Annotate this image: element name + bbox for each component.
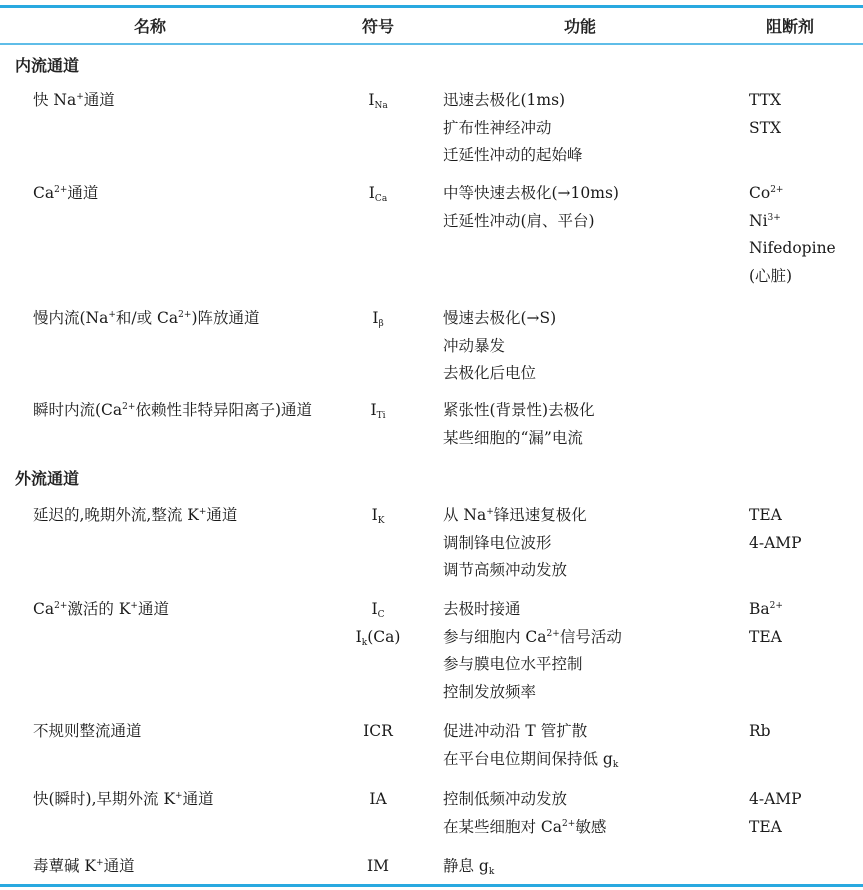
table-top-rule <box>0 5 863 8</box>
channel-name: 延迟的,晚期外流,整流 K+通道 <box>33 502 333 530</box>
header-symbol: 符号 <box>362 14 394 37</box>
channel-symbol: IC Ik(Ca) <box>356 596 401 651</box>
channel-name: Ca2+通道 <box>33 180 333 208</box>
channel-functions: 紧张性(背景性)去极化 某些细胞的“漏”电流 <box>443 397 595 452</box>
channel-blockers: TEA 4-AMP <box>749 502 802 557</box>
channel-functions: 中等快速去极化(→10ms) 迁延性冲动(肩、平台) <box>443 180 619 235</box>
channel-symbol: INa <box>368 87 387 115</box>
header-blocker: 阻断剂 <box>766 14 814 37</box>
channel-name: 慢内流(Na+和/或 Ca2+)阵放通道 <box>33 305 333 333</box>
channel-functions: 促进冲动沿 T 管扩散 在平台电位期间保持低 gk <box>443 718 618 773</box>
header-name: 名称 <box>134 14 166 37</box>
channel-functions: 迅速去极化(1ms) 扩布性神经冲动 迁延性冲动的起始峰 <box>443 87 583 170</box>
channel-symbol: ITi <box>370 397 385 425</box>
channel-symbol: Iβ <box>372 305 383 333</box>
channel-functions: 从 Na+锋迅速复极化 调制锋电位波形 调节高频冲动发放 <box>443 502 587 585</box>
channel-name: Ca2+激活的 K+通道 <box>33 596 333 624</box>
channel-functions: 慢速去极化(→S) 冲动暴发 去极化后电位 <box>443 305 556 388</box>
channel-blockers: TTX STX <box>749 87 781 142</box>
section-title-outward: 外流通道 <box>15 466 79 489</box>
channel-name: 不规则整流通道 <box>33 718 333 746</box>
channel-symbol: IM <box>367 853 389 881</box>
channel-name: 快 Na+通道 <box>33 87 333 115</box>
channel-functions: 静息 gk <box>443 853 494 881</box>
channel-blockers: 4-AMP TEA <box>749 786 802 841</box>
channel-symbol: ICR <box>363 718 393 746</box>
channel-symbol: ICa <box>369 180 387 208</box>
channel-blockers: Co2+ Ni3+ Nifedopine (心脏) <box>749 180 836 290</box>
channel-symbol: IK <box>372 502 385 530</box>
channel-functions: 控制低频冲动发放 在某些细胞对 Ca2+敏感 <box>443 786 606 841</box>
channel-blockers: Ba2+ TEA <box>749 596 783 651</box>
table-bottom-rule <box>0 884 863 887</box>
channel-name: 快(瞬时),早期外流 K+通道 <box>33 786 333 814</box>
channel-blockers: Rb <box>749 718 771 746</box>
channel-name: 瞬时内流(Ca2+依赖性非特异阳离子)通道 <box>33 397 323 425</box>
channel-functions: 去极时接通 参与细胞内 Ca2+信号活动 参与膜电位水平控制 控制发放频率 <box>443 596 622 706</box>
channel-name: 毒蕈碱 K+通道 <box>33 853 333 881</box>
channel-symbol: IA <box>369 786 386 814</box>
section-title-inward: 内流通道 <box>15 53 79 76</box>
header-function: 功能 <box>564 14 596 37</box>
header-rule <box>0 43 863 45</box>
